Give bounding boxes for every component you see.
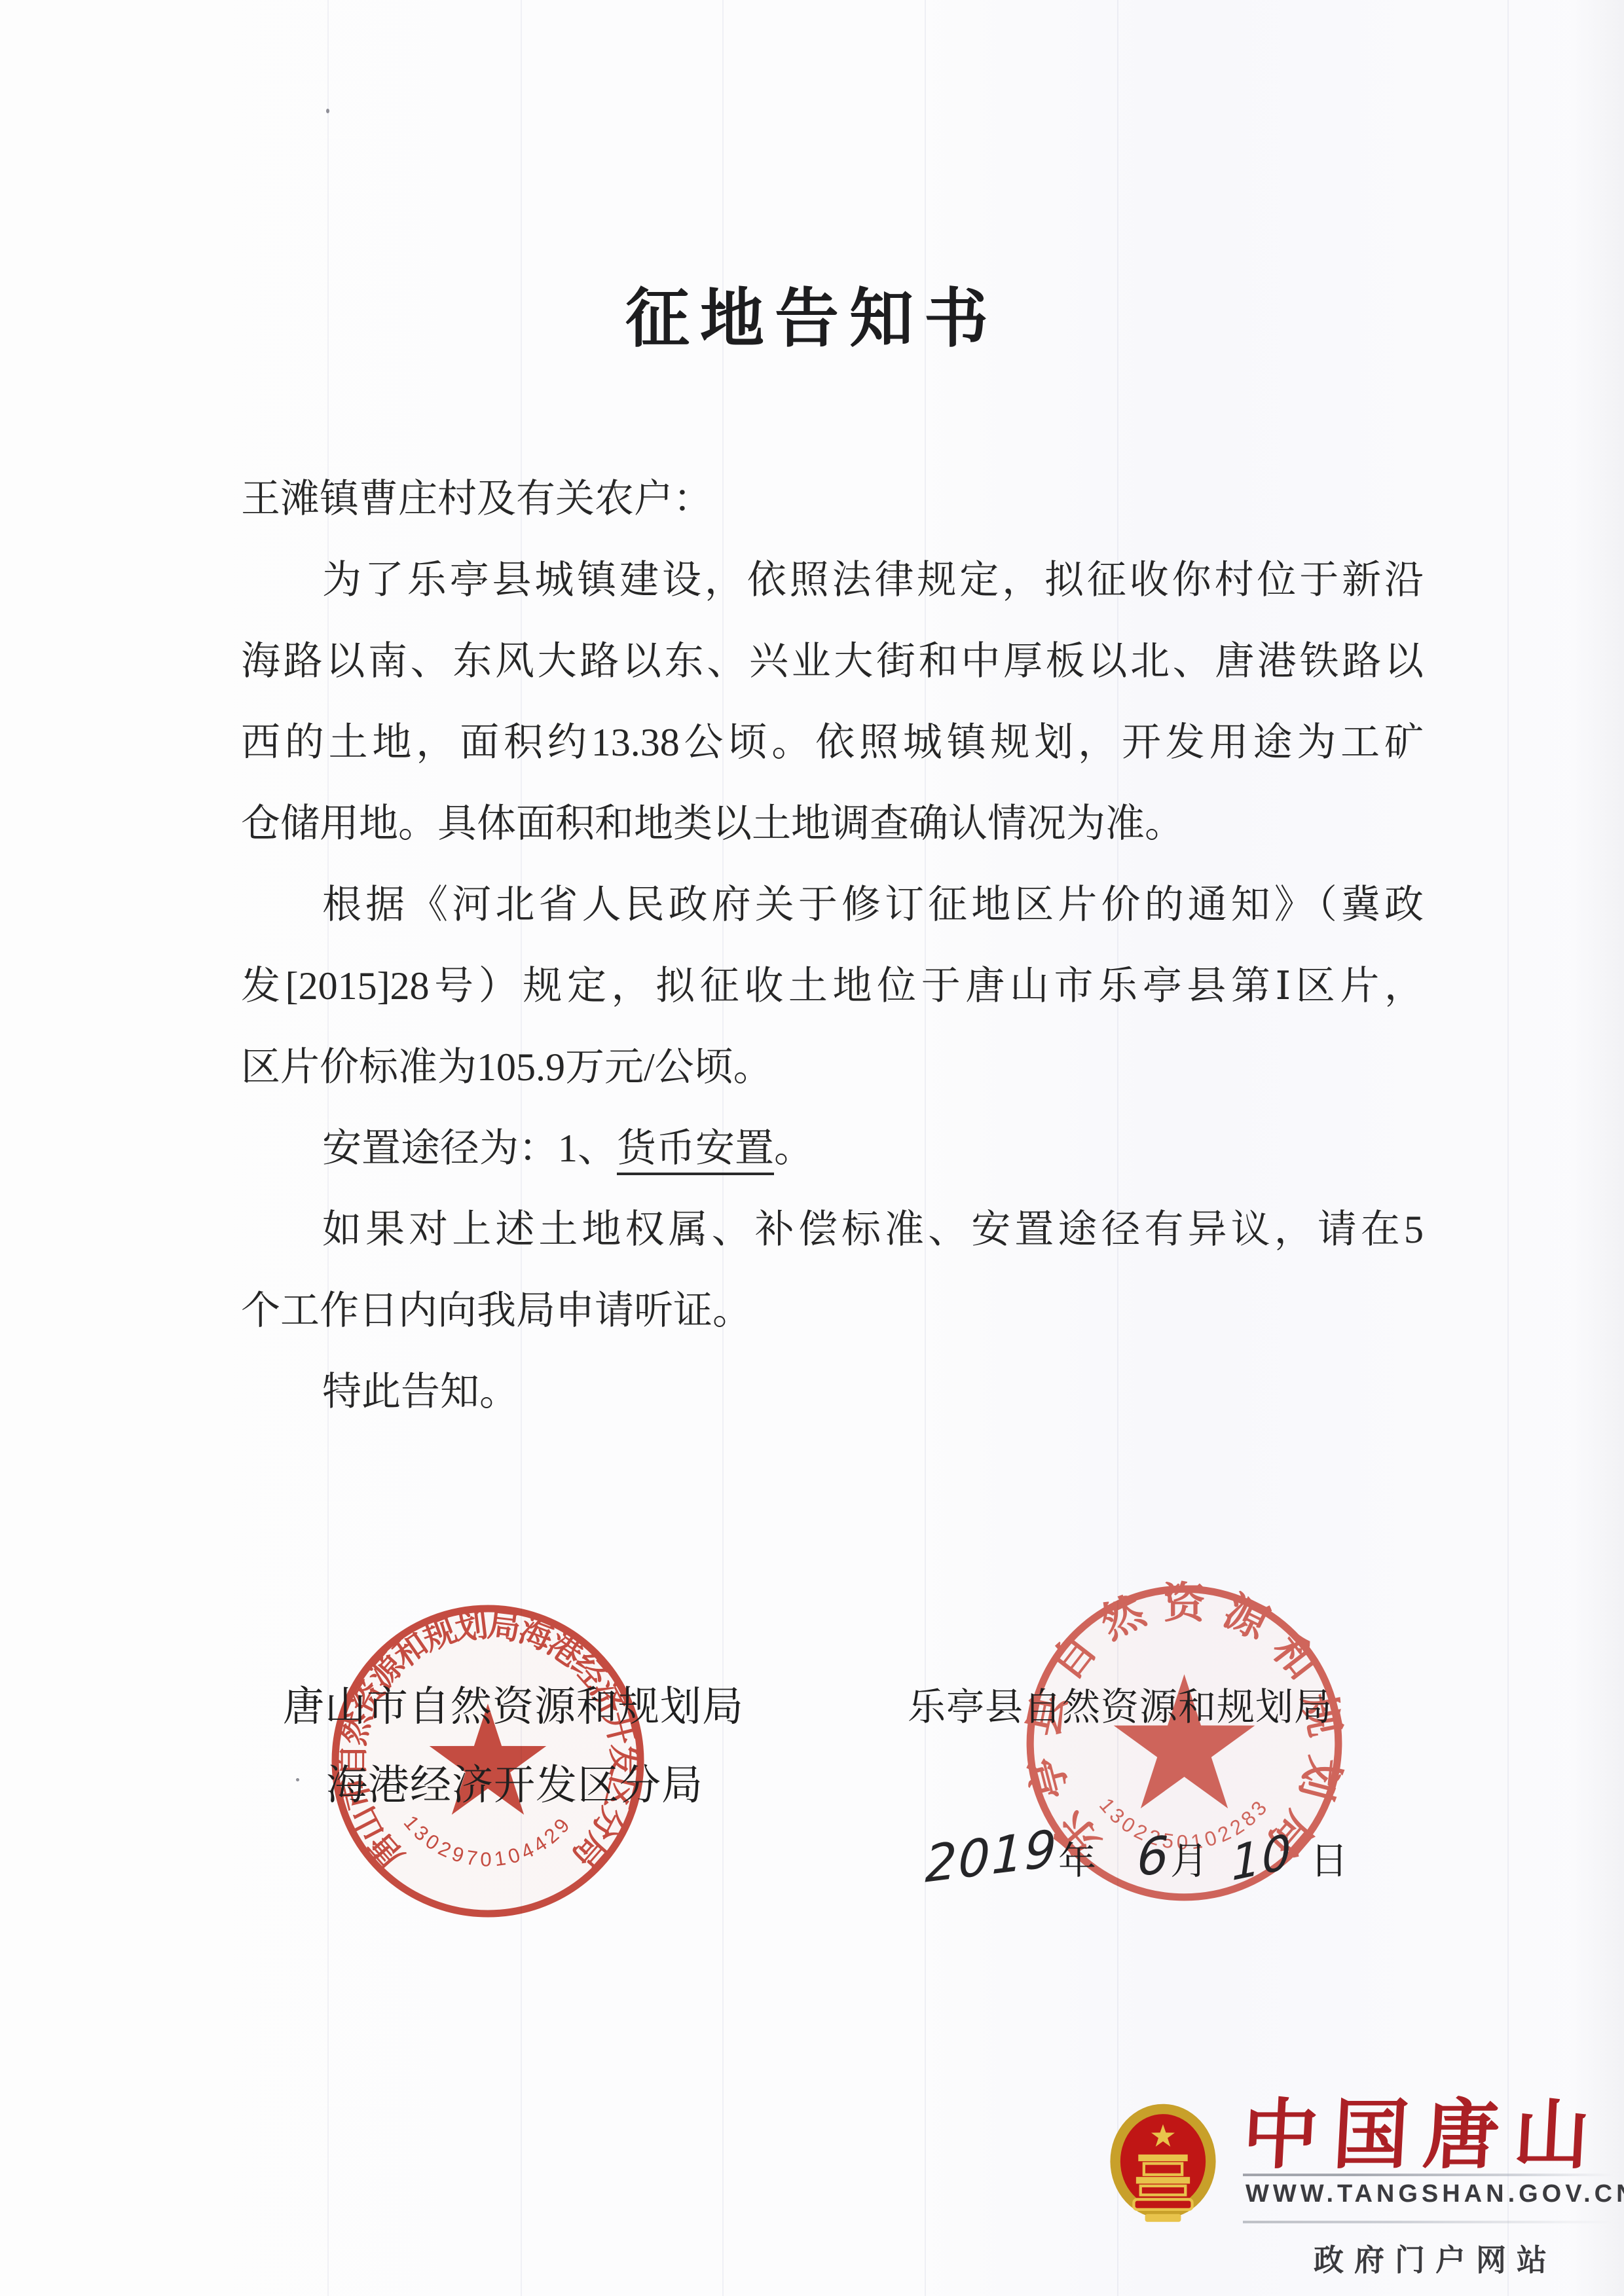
placement-suffix: 。: [774, 1127, 813, 1170]
footer-divider-bottom: [1243, 2221, 1613, 2223]
footer-url: WWW.TANGSHAN.GOV.CN: [1246, 2180, 1624, 2208]
objection-line: 个工作日内向我局申请听证。: [241, 1270, 1424, 1351]
footer-tagline: 政府门户网站: [1314, 2236, 1557, 2280]
date-line: 2019 年 6 月 10 日: [925, 1828, 1348, 1886]
salutation-line: 王滩镇曹庄村及有关农户：: [241, 458, 1424, 539]
date-year: 2019: [925, 1819, 1058, 1895]
body-line: 海路以南、东风大路以东、兴业大街和中厚板以北、唐港铁路以: [241, 621, 1424, 702]
left-org-name-line1: 唐山市自然资源和规划局: [283, 1673, 744, 1733]
date-year-label: 年: [1058, 1830, 1096, 1885]
footer-site-name: 中国唐山: [1240, 2074, 1613, 2183]
body-line: 西的土地，面积约13.38公顷。依照城镇规划，开发用途为工矿: [241, 702, 1424, 783]
objection-line: 如果对上述土地权属、补偿标准、安置途径有异议，请在5: [241, 1189, 1424, 1270]
body-line: 区片价标准为105.9万元/公顷。: [241, 1027, 1424, 1108]
date-day-label: 日: [1310, 1830, 1348, 1885]
document-title: 征地告知书: [0, 267, 1624, 359]
left-org-name-line2: 海港经济开发区分局: [326, 1752, 703, 1812]
right-org-name: 乐亭县自然资源和规划局: [908, 1676, 1333, 1731]
scan-speck: [296, 1778, 299, 1781]
date-day: 10: [1230, 1823, 1294, 1891]
date-month: 6: [1136, 1825, 1170, 1888]
date-month-label: 月: [1170, 1830, 1208, 1885]
body-line: 仓储用地。具体面积和地类以土地调查确认情况为准。: [241, 783, 1424, 864]
body-line: 发[2015]28号）规定，拟征收土地位于唐山市乐亭县第Ⅰ区片，: [241, 945, 1424, 1027]
placement-prefix: 安置途径为：1、: [322, 1127, 617, 1170]
closing-line: 特此告知。: [241, 1351, 1424, 1432]
body-line: 为了乐亭县城镇建设，依照法律规定，拟征收你村位于新沿: [241, 539, 1424, 621]
national-emblem-icon: [1107, 2103, 1219, 2229]
document-body: 王滩镇曹庄村及有关农户： 为了乐亭县城镇建设，依照法律规定，拟征收你村位于新沿 …: [241, 458, 1424, 1432]
document-page: 征地告知书 王滩镇曹庄村及有关农户： 为了乐亭县城镇建设，依照法律规定，拟征收你…: [0, 0, 1624, 2296]
scan-speck: [326, 109, 329, 113]
footer-divider-top: [1243, 2174, 1613, 2176]
body-line: 根据《河北省人民政府关于修订征地区片价的通知》（冀政: [241, 864, 1424, 945]
placement-underlined-text: 货币安置: [617, 1127, 774, 1175]
placement-line: 安置途径为：1、货币安置。: [241, 1108, 1424, 1189]
